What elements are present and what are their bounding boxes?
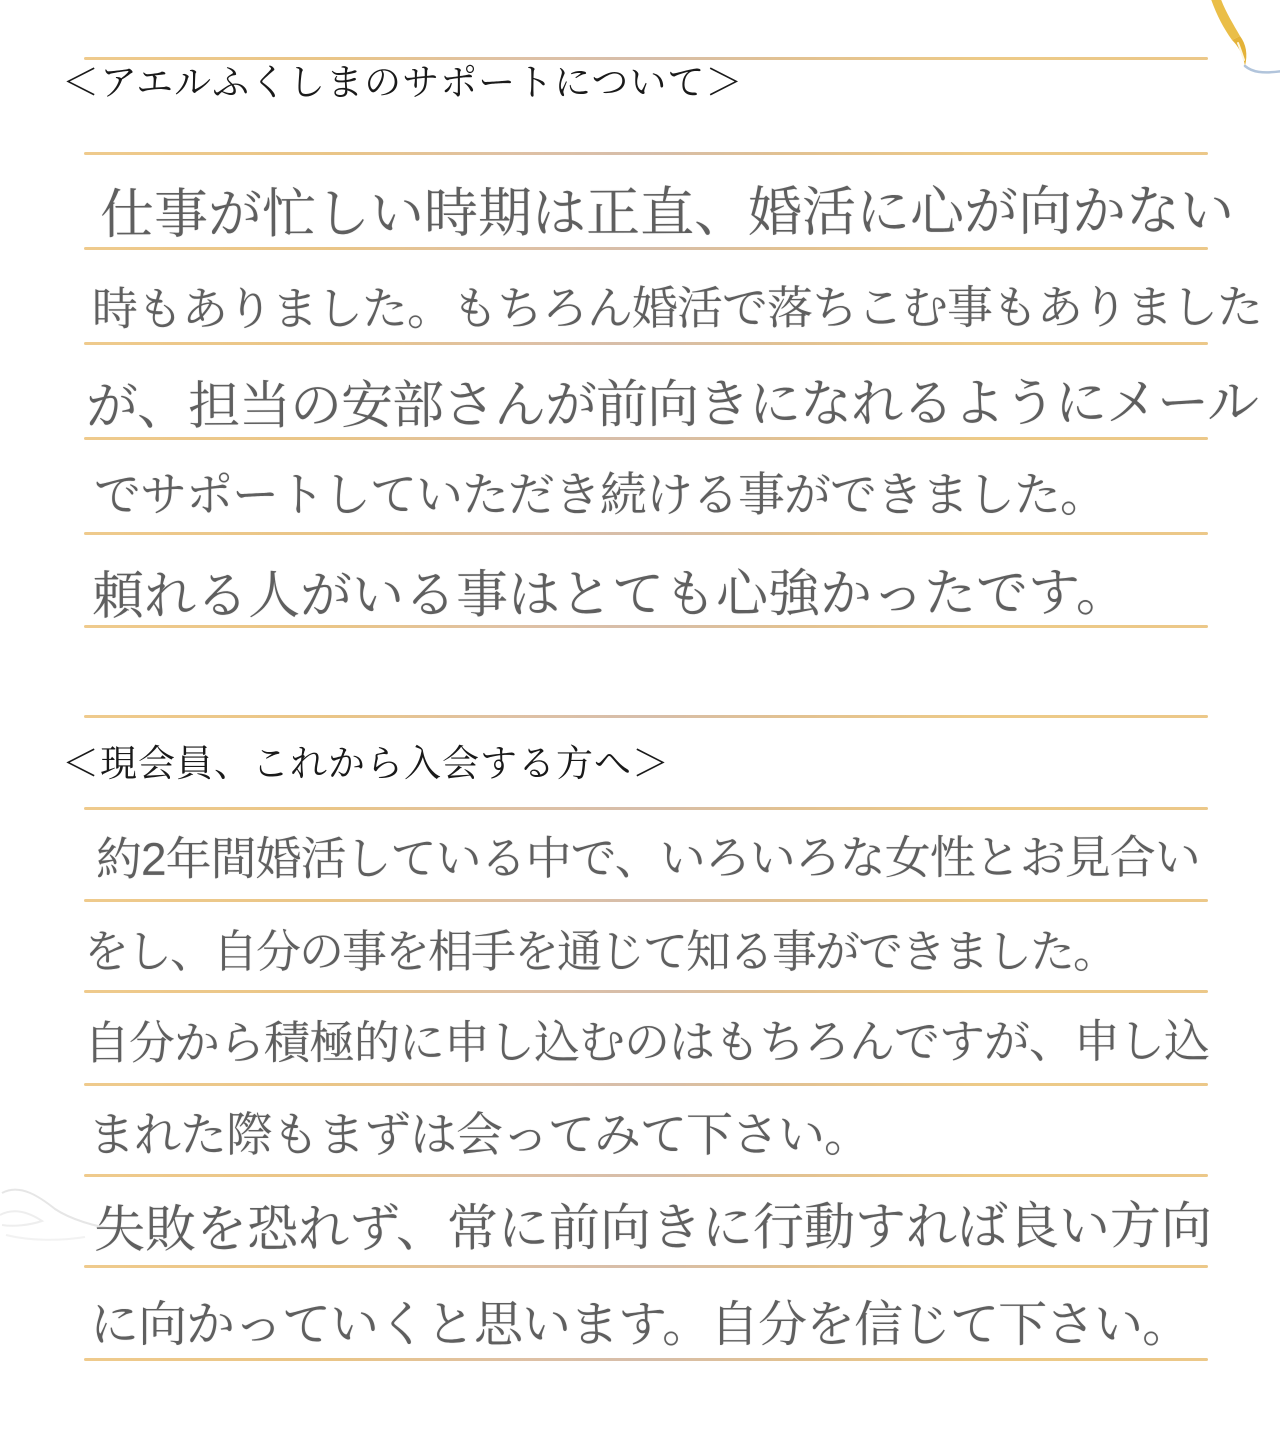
handwritten-line: 頼れる人がいる事はとても心強かったです。: [92, 550, 1128, 629]
ruled-line: [84, 1358, 1208, 1361]
handwritten-line: まれた際もまずは会ってみて下さい。: [88, 1098, 870, 1165]
handwritten-line: をし、自分の事を相手を通じて知る事ができました。: [84, 915, 1116, 980]
ruled-line: [84, 1265, 1208, 1268]
handwritten-line: 仕事が忙しい時期は正直、婚活に心が向かない: [100, 168, 1234, 249]
handwritten-line: 自分から積極的に申し込むのはもちろんですが、申し込: [84, 1005, 1209, 1073]
handwritten-line: 失敗を恐れず、常に前向きに行動すれば良い方向: [94, 1184, 1212, 1262]
section-1-header: ＜アエルふくしまのサポートについて＞: [62, 52, 743, 106]
section-2-header: ＜現会員、これから入会する方へ＞: [62, 733, 670, 787]
ruled-line: [84, 532, 1208, 535]
handwritten-line: 時もありました。もちろん婚活で落ちこむ事もありました: [92, 271, 1262, 339]
handwritten-line: に向かっていくと思います。自分を信じて下さい。: [90, 1286, 1190, 1356]
ruled-line: [84, 807, 1208, 810]
pen-nib-icon: [1188, 0, 1280, 91]
ruled-line: [84, 1083, 1208, 1086]
ruled-line: [84, 990, 1208, 993]
ruled-line: [84, 152, 1208, 155]
handwritten-line: が、担当の安部さんが前向きになれるようにメール: [86, 360, 1258, 439]
ruled-line: [84, 342, 1208, 345]
handwritten-line: 約2年間婚活している中で、いろいろな女性とお見合い: [96, 821, 1200, 889]
ruled-line: [84, 715, 1208, 718]
ruled-line: [84, 899, 1208, 902]
ruled-line: [84, 1174, 1208, 1177]
scanned-handwritten-questionnaire: ＜アエルふくしまのサポートについて＞ 仕事が忙しい時期は正直、婚活に心が向かない…: [0, 0, 1280, 1450]
handwritten-line: でサポートしていただき続ける事ができました。: [94, 458, 1106, 525]
